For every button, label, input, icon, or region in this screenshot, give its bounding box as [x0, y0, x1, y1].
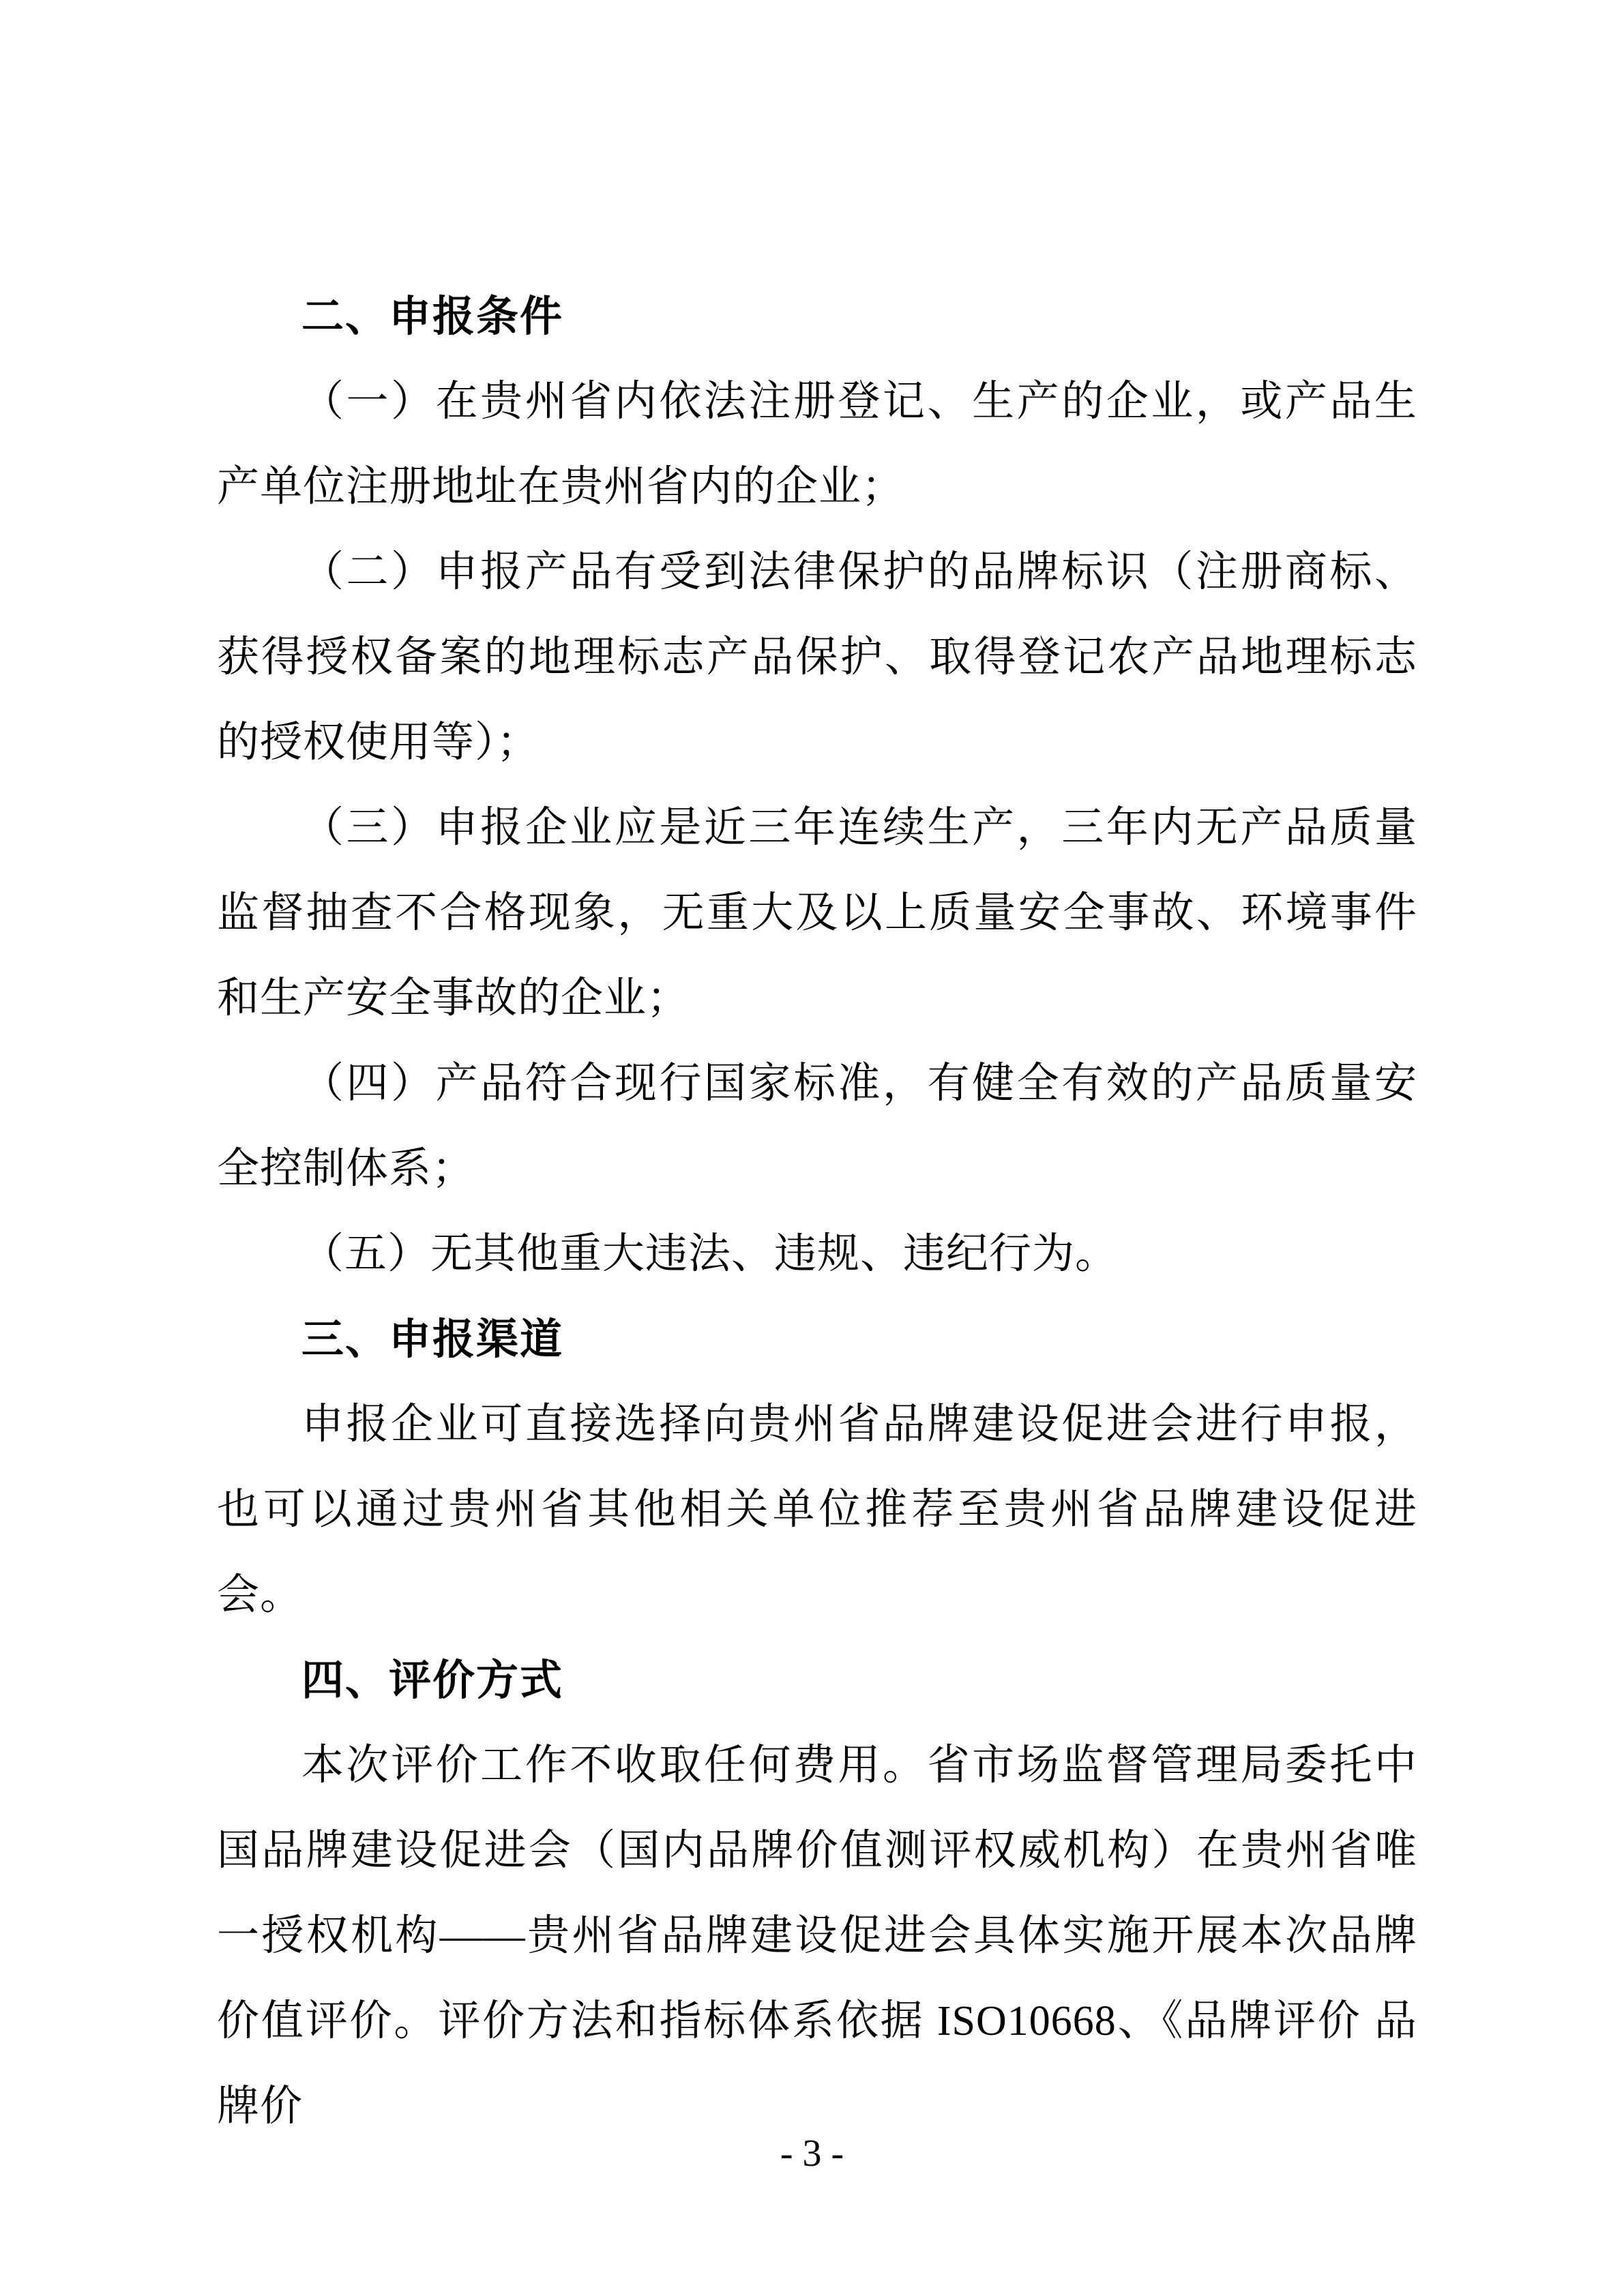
paragraph: 本次评价工作不收取任何费用。省市场监督管理局委托中国品牌建设促进会（国内品牌价值…	[217, 1723, 1417, 2149]
paragraph: （三）申报企业应是近三年连续生产，三年内无产品质量监督抽查不合格现象，无重大及以…	[217, 786, 1417, 1041]
paragraph: （二）申报产品有受到法律保护的品牌标识（注册商标、获得授权备案的地理标志产品保护…	[217, 530, 1417, 786]
page-number: - 3 -	[780, 2132, 844, 2175]
section-application-conditions: 二、申报条件 （一）在贵州省内依法注册登记、生产的企业，或产品生产单位注册地址在…	[217, 274, 1417, 1297]
section-heading: 二、申报条件	[217, 274, 1417, 359]
paragraph: 申报企业可直接选择向贵州省品牌建设促进会进行申报，也可以通过贵州省其他相关单位推…	[217, 1382, 1417, 1638]
document-page: 二、申报条件 （一）在贵州省内依法注册登记、生产的企业，或产品生产单位注册地址在…	[0, 0, 1624, 2296]
section-evaluation-method: 四、评价方式 本次评价工作不收取任何费用。省市场监督管理局委托中国品牌建设促进会…	[217, 1638, 1417, 2149]
page-footer: - 3 -	[0, 2126, 1624, 2181]
paragraph: （一）在贵州省内依法注册登记、生产的企业，或产品生产单位注册地址在贵州省内的企业…	[217, 359, 1417, 530]
section-application-channels: 三、申报渠道 申报企业可直接选择向贵州省品牌建设促进会进行申报，也可以通过贵州省…	[217, 1297, 1417, 1638]
paragraph: （五）无其他重大违法、违规、违纪行为。	[217, 1212, 1417, 1297]
document-body: 二、申报条件 （一）在贵州省内依法注册登记、生产的企业，或产品生产单位注册地址在…	[217, 274, 1417, 2149]
paragraph: （四）产品符合现行国家标准，有健全有效的产品质量安全控制体系；	[217, 1041, 1417, 1212]
section-heading: 三、申报渠道	[217, 1297, 1417, 1382]
section-heading: 四、评价方式	[217, 1638, 1417, 1723]
